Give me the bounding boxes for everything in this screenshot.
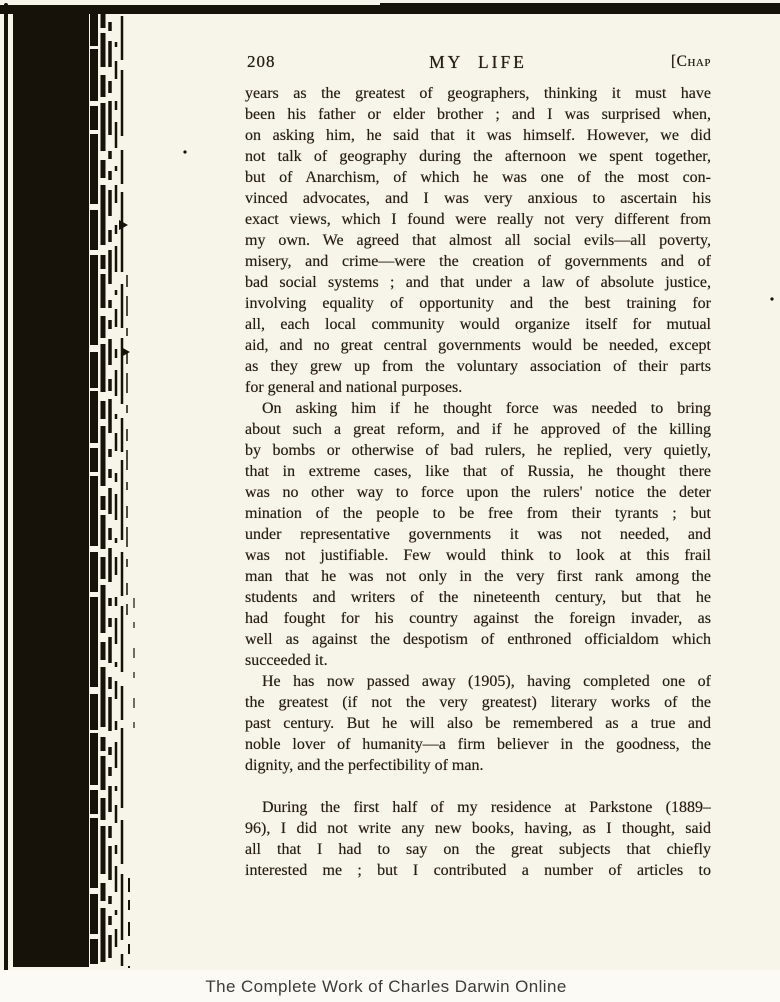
- text-line: that in extreme cases, like that of Russ…: [245, 461, 711, 482]
- text-line: about such a great reform, and if he app…: [245, 419, 711, 440]
- text-line: had fought for his country against the f…: [245, 608, 711, 629]
- text-line: 96), I did not write any new books, havi…: [245, 818, 711, 839]
- page-text-block: years as the greatest of geographers, th…: [245, 83, 711, 881]
- text-line: my own. We agreed that almost all social…: [245, 230, 711, 251]
- text-line: but of Anarchism, of which he was one of…: [245, 167, 711, 188]
- text-line: for general and national purposes.: [245, 377, 711, 398]
- text-line: noble lover of humanity—a firm believer …: [245, 734, 711, 755]
- binding-shadow-band: [13, 7, 89, 967]
- chapter-marker: [Chap: [671, 53, 711, 71]
- text-line: succeeded it.: [245, 650, 711, 671]
- text-line: bad social systems ; and that under a la…: [245, 272, 711, 293]
- text-line: exact views, which I found were really n…: [245, 209, 711, 230]
- text-line: all, each local community would organize…: [245, 314, 711, 335]
- text-line: He has now passed away (1905), having co…: [245, 671, 711, 692]
- top-edge-bar-artifact: [0, 3, 780, 14]
- text-line: aid, and no great central governments wo…: [245, 335, 711, 356]
- text-line: the greatest (if not the very greatest) …: [245, 692, 711, 713]
- page-header: 208 MY LIFE [Chap: [245, 52, 711, 74]
- text-line: all that I had to say on the great subje…: [245, 839, 711, 860]
- text-line: well as against the despotism of enthron…: [245, 629, 711, 650]
- text-line: man that he was not only in the very fir…: [245, 566, 711, 587]
- text-line: on asking him, he said that it was himse…: [245, 125, 711, 146]
- text-line: past century. But he will also be rememb…: [245, 713, 711, 734]
- text-line: as they grew up from the voluntary assoc…: [245, 356, 711, 377]
- binding-streaks: [94, 10, 134, 968]
- text-line: During the first half of my residence at…: [245, 797, 711, 818]
- text-line: On asking him if he thought force was ne…: [245, 398, 711, 419]
- paragraph-3: He has now passed away (1905), having co…: [245, 671, 711, 776]
- paragraph-2: On asking him if he thought force was ne…: [245, 398, 711, 671]
- running-title: MY LIFE: [429, 52, 527, 73]
- paragraph-4: During the first half of my residence at…: [245, 797, 711, 881]
- text-line: dignity, and the perfectibility of man.: [245, 755, 711, 776]
- text-line: mination of the people to be free from t…: [245, 503, 711, 524]
- gutter-arrow-marks: [119, 220, 130, 357]
- text-line: years as the greatest of geographers, th…: [245, 83, 711, 104]
- text-line: interested me ; but I contributed a numb…: [245, 860, 711, 881]
- page-number: 208: [247, 52, 276, 72]
- text-line: was not justifiable. Few would think to …: [245, 545, 711, 566]
- text-line: students and writers of the nineteenth c…: [245, 587, 711, 608]
- text-line: been his father or elder brother ; and I…: [245, 104, 711, 125]
- text-line: was no other way to force upon the ruler…: [245, 482, 711, 503]
- text-line: misery, and crime—were the creation of g…: [245, 251, 711, 272]
- scanned-book-page: 208 MY LIFE [Chap years as the greatest …: [0, 0, 780, 1002]
- text-line: involving equality of opportunity and th…: [245, 293, 711, 314]
- left-page-edge-line: [4, 3, 8, 983]
- text-line: under representative governments it was …: [245, 524, 711, 545]
- text-line: not talk of geography during the afterno…: [245, 146, 711, 167]
- text-line: vinced advocates, and I was very anxious…: [245, 188, 711, 209]
- footer-caption: The Complete Work of Charles Darwin Onli…: [0, 977, 772, 997]
- paragraph-1: years as the greatest of geographers, th…: [245, 83, 711, 398]
- text-line: by bombs or otherwise of bad rulers, he …: [245, 440, 711, 461]
